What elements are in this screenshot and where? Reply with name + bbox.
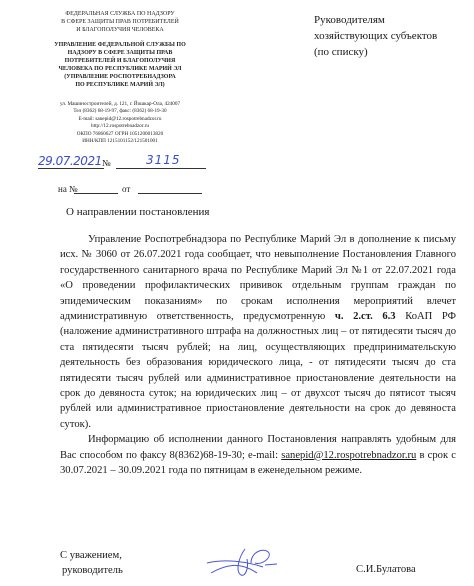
closing-regards: С уважением, (60, 548, 123, 563)
body-paragraph-1: Управление Роспотребнадзора по Республик… (60, 232, 456, 432)
email: E-mail: sanepid@12.rospotrebnadzor.ru (40, 116, 200, 123)
addressee-line: хозяйствующих субъектов (314, 28, 437, 44)
registration-number-underline (116, 168, 206, 169)
okpo-ogrn: ОКПО 76860627 ОГРН 1051200013820 (40, 131, 200, 138)
letter-subject: О направлении постановления (66, 206, 209, 218)
signer-role: руководитель (60, 563, 123, 578)
addressee-line: Руководителям (314, 12, 437, 28)
letterhead-line: (УПРАВЛЕНИЕ РОСПОТРЕБНАДЗОРА (40, 73, 200, 81)
registration-number-label: № (102, 158, 111, 168)
phone-fax: Тел (8362) 68-19-97, факс: (8362) 68-19-… (40, 108, 200, 115)
body-text: КоАП РФ (наложение административного штр… (60, 311, 456, 430)
letterhead-line: НАДЗОРУ В СФЕРЕ ЗАЩИТЫ ПРАВ (40, 49, 200, 57)
body-paragraph-2: Информацию об исполнении данного Постано… (60, 432, 456, 478)
letterhead-line: ПО РЕСПУБЛИКЕ МАРИЙ ЭЛ) (40, 81, 200, 89)
reference-line: на № от (58, 184, 208, 196)
letterhead-line: И БЛАГОПОЛУЧИЯ ЧЕЛОВЕКА (40, 26, 200, 34)
law-article-reference: ч. 2.ст. 6.3 (335, 311, 396, 322)
contact-details: ул. Машиностроителей, д. 121, г. Йошкар-… (40, 101, 200, 145)
letterhead: ФЕДЕРАЛЬНАЯ СЛУЖБА ПО НАДЗОРУ В СФЕРЕ ЗА… (40, 10, 200, 145)
letterhead-line: УПРАВЛЕНИЕ ФЕДЕРАЛЬНОЙ СЛУЖБЫ ПО (40, 41, 200, 49)
registration-line: 29.07.2021 № 3115 (36, 154, 206, 172)
reference-date-blank (138, 193, 202, 194)
inn-kpp: ИНН/КПП 1215101152/121501001 (40, 138, 200, 145)
signer-name: С.И.Булатова (356, 564, 416, 575)
federal-service-name: ФЕДЕРАЛЬНАЯ СЛУЖБА ПО НАДЗОРУ В СФЕРЕ ЗА… (40, 10, 200, 34)
body-text: Управление Роспотребнадзора по Республик… (60, 234, 456, 322)
website: http://12.rospotrebnadzor.ru (40, 123, 200, 130)
department-name: УПРАВЛЕНИЕ ФЕДЕРАЛЬНОЙ СЛУЖБЫ ПО НАДЗОРУ… (40, 41, 200, 89)
letterhead-line: ЧЕЛОВЕКА ПО РЕСПУБЛИКЕ МАРИЙ ЭЛ (40, 65, 200, 73)
email-link[interactable]: sanepid@12.rospotrebnadzor.ru (281, 450, 416, 461)
letterhead-line: ФЕДЕРАЛЬНАЯ СЛУЖБА ПО НАДЗОРУ (40, 10, 200, 18)
handwritten-signature-icon (205, 543, 285, 579)
addressee-line: (по списку) (314, 44, 437, 60)
letterhead-line: В СФЕРЕ ЗАЩИТЫ ПРАВ ПОТРЕБИТЕЛЕЙ (40, 18, 200, 26)
closing-block: С уважением, руководитель (60, 548, 123, 578)
registration-date: 29.07.2021 (38, 154, 104, 169)
letter-body: Управление Роспотребнадзора по Республик… (60, 232, 456, 479)
reference-date-label: от (122, 184, 130, 194)
letterhead-line: ПОТРЕБИТЕЛЕЙ И БЛАГОПОЛУЧИЯ (40, 57, 200, 65)
addressee: Руководителям хозяйствующих субъектов (п… (314, 12, 437, 60)
reference-number-blank (74, 193, 118, 194)
registration-number: 3115 (146, 153, 181, 167)
